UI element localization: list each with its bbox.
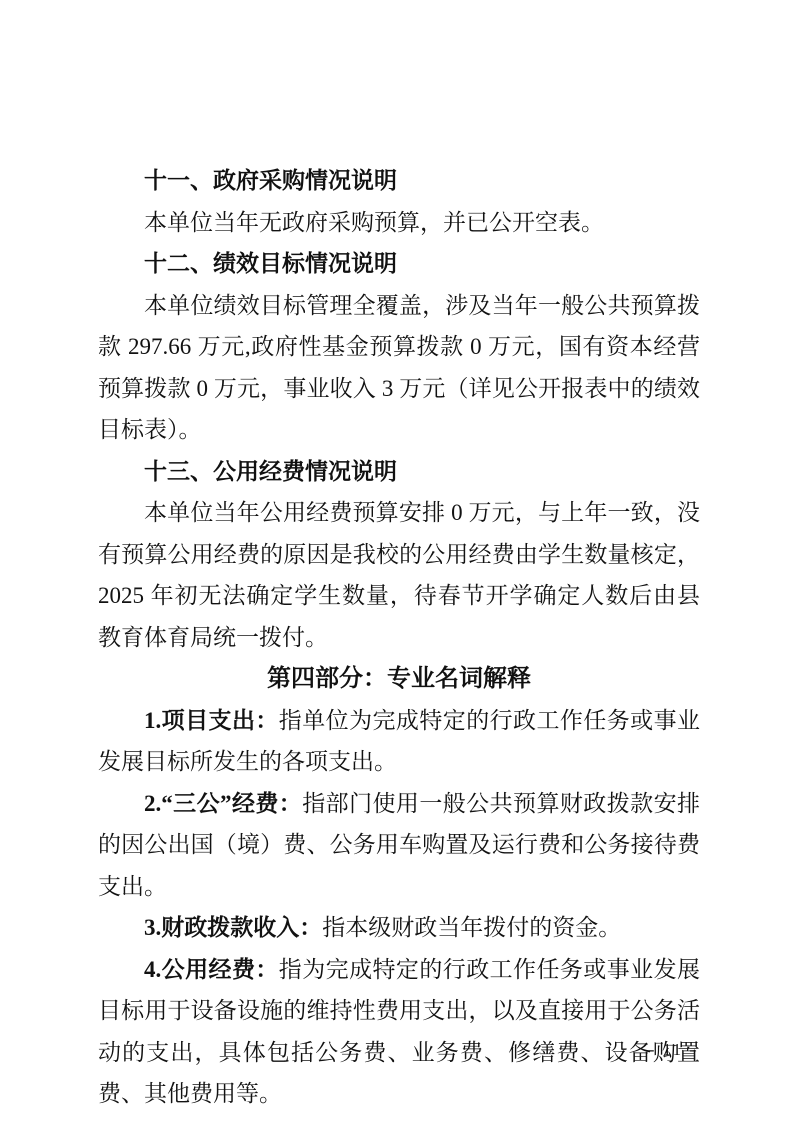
section-heading-public-expense: 十三、公用经费情况说明 <box>98 451 700 493</box>
section-heading-government-procurement: 十一、政府采购情况说明 <box>98 160 700 202</box>
term-item-public-expense: 4.公用经费：指为完成特定的行政工作任务或事业发展目标用于设备设施的维持性费用支… <box>98 949 700 1115</box>
term-item-project-expenditure: 1.项目支出：指单位为完成特定的行政工作任务或事业发展目标所发生的各项支出。 <box>98 700 700 783</box>
paragraph-government-procurement: 本单位当年无政府采购预算，并已公开空表。 <box>98 202 700 244</box>
paragraph-performance-targets: 本单位绩效目标管理全覆盖，涉及当年一般公共预算拨款 297.66 万元,政府性基… <box>98 285 700 451</box>
page-number: - 11 - <box>649 1040 697 1060</box>
term-item-three-public-funds: 2.“三公”经费：指部门使用一般公共预算财政拨款安排的因公出国（境）费、公务用车… <box>98 783 700 908</box>
term-label-project-expenditure: 1.项目支出： <box>144 708 279 733</box>
paragraph-public-expense: 本单位当年公用经费预算安排 0 万元，与上年一致，没有预算公用经费的原因是我校的… <box>98 492 700 658</box>
term-label-public-expense: 4.公用经费： <box>144 957 279 982</box>
term-item-fiscal-appropriation-income: 3.财政拨款收入：指本级财政当年拨付的资金。 <box>98 907 700 949</box>
term-label-fiscal-appropriation-income: 3.财政拨款收入： <box>144 915 322 940</box>
document-body: 十一、政府采购情况说明 本单位当年无政府采购预算，并已公开空表。 十二、绩效目标… <box>98 160 700 1115</box>
part-four-title: 第四部分：专业名词解释 <box>98 658 700 700</box>
section-heading-performance-targets: 十二、绩效目标情况说明 <box>98 243 700 285</box>
term-label-three-public-funds: 2.“三公”经费： <box>144 791 302 816</box>
term-text-fiscal-appropriation-income: 指本级财政当年拨付的资金。 <box>322 915 621 940</box>
document-page: 十一、政府采购情况说明 本单位当年无政府采购预算，并已公开空表。 十二、绩效目标… <box>0 0 793 1122</box>
